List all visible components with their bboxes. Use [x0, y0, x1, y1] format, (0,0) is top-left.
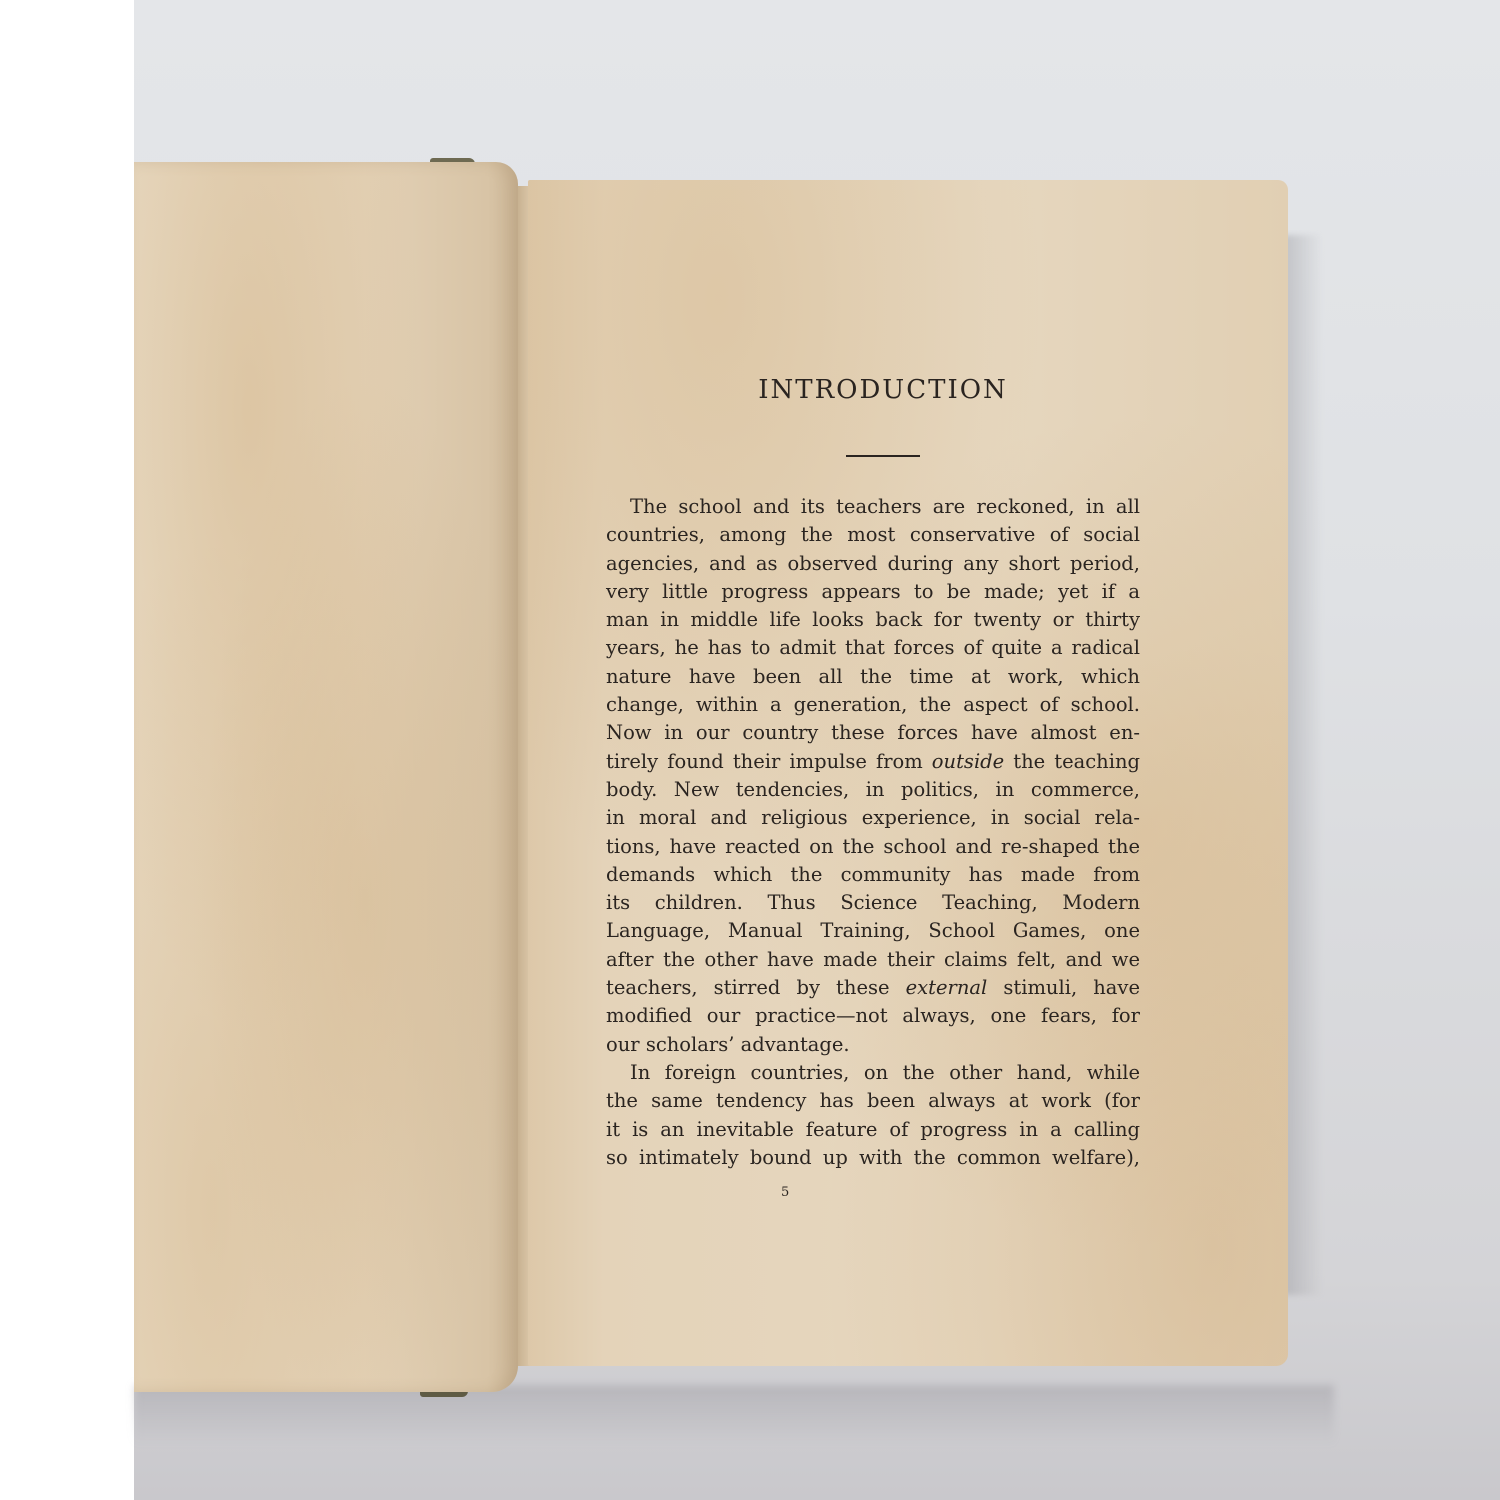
text-line: the same tendency has been always at wor…	[606, 1087, 1140, 1115]
book-shadow-bottom	[134, 1385, 1334, 1445]
text-line: tions, have reacted on the school and re…	[606, 833, 1140, 861]
emphasized-word: external	[906, 976, 988, 999]
text-line: man in middle life looks back for twenty…	[606, 606, 1140, 634]
book-shadow-right	[1282, 235, 1322, 1295]
text-line: The school and its teachers are reckoned…	[606, 493, 1140, 521]
text-line: modified our practice—not always, one fe…	[606, 1002, 1140, 1030]
chapter-title: INTRODUCTION	[606, 375, 1140, 405]
left-page-blank	[134, 162, 518, 1392]
text-line: our scholars’ advantage.	[606, 1031, 1140, 1059]
text-line: agencies, and as observed during any sho…	[606, 550, 1140, 578]
text-line: In foreign countries, on the other hand,…	[606, 1059, 1140, 1087]
page-number: 5	[781, 1185, 789, 1200]
title-rule	[846, 455, 920, 457]
body-text: The school and its teachers are reckoned…	[606, 493, 1140, 1172]
text-line: demands which the community has made fro…	[606, 861, 1140, 889]
text-line: in moral and religious experience, in so…	[606, 804, 1140, 832]
text-line: nature have been all the time at work, w…	[606, 663, 1140, 691]
text-line: tirely found their impulse from outside …	[606, 748, 1140, 776]
right-page: INTRODUCTION The school and its teachers…	[528, 180, 1288, 1366]
text-line: Now in our country these forces have alm…	[606, 719, 1140, 747]
text-line: body. New tendencies, in politics, in co…	[606, 776, 1140, 804]
page-content: INTRODUCTION The school and its teachers…	[606, 375, 1140, 1172]
text-line: very little progress appears to be made;…	[606, 578, 1140, 606]
text-line: it is an inevitable feature of progress …	[606, 1116, 1140, 1144]
text-line: years, he has to admit that forces of qu…	[606, 634, 1140, 662]
text-line: countries, among the most conservative o…	[606, 521, 1140, 549]
text-line: Language, Manual Training, School Games,…	[606, 917, 1140, 945]
text-line: change, within a generation, the aspect …	[606, 691, 1140, 719]
text-line: its children. Thus Science Teaching, Mod…	[606, 889, 1140, 917]
text-line: after the other have made their claims f…	[606, 946, 1140, 974]
emphasized-word: outside	[932, 750, 1004, 773]
text-line: teachers, stirred by these external stim…	[606, 974, 1140, 1002]
text-line: so intimately bound up with the common w…	[606, 1144, 1140, 1172]
